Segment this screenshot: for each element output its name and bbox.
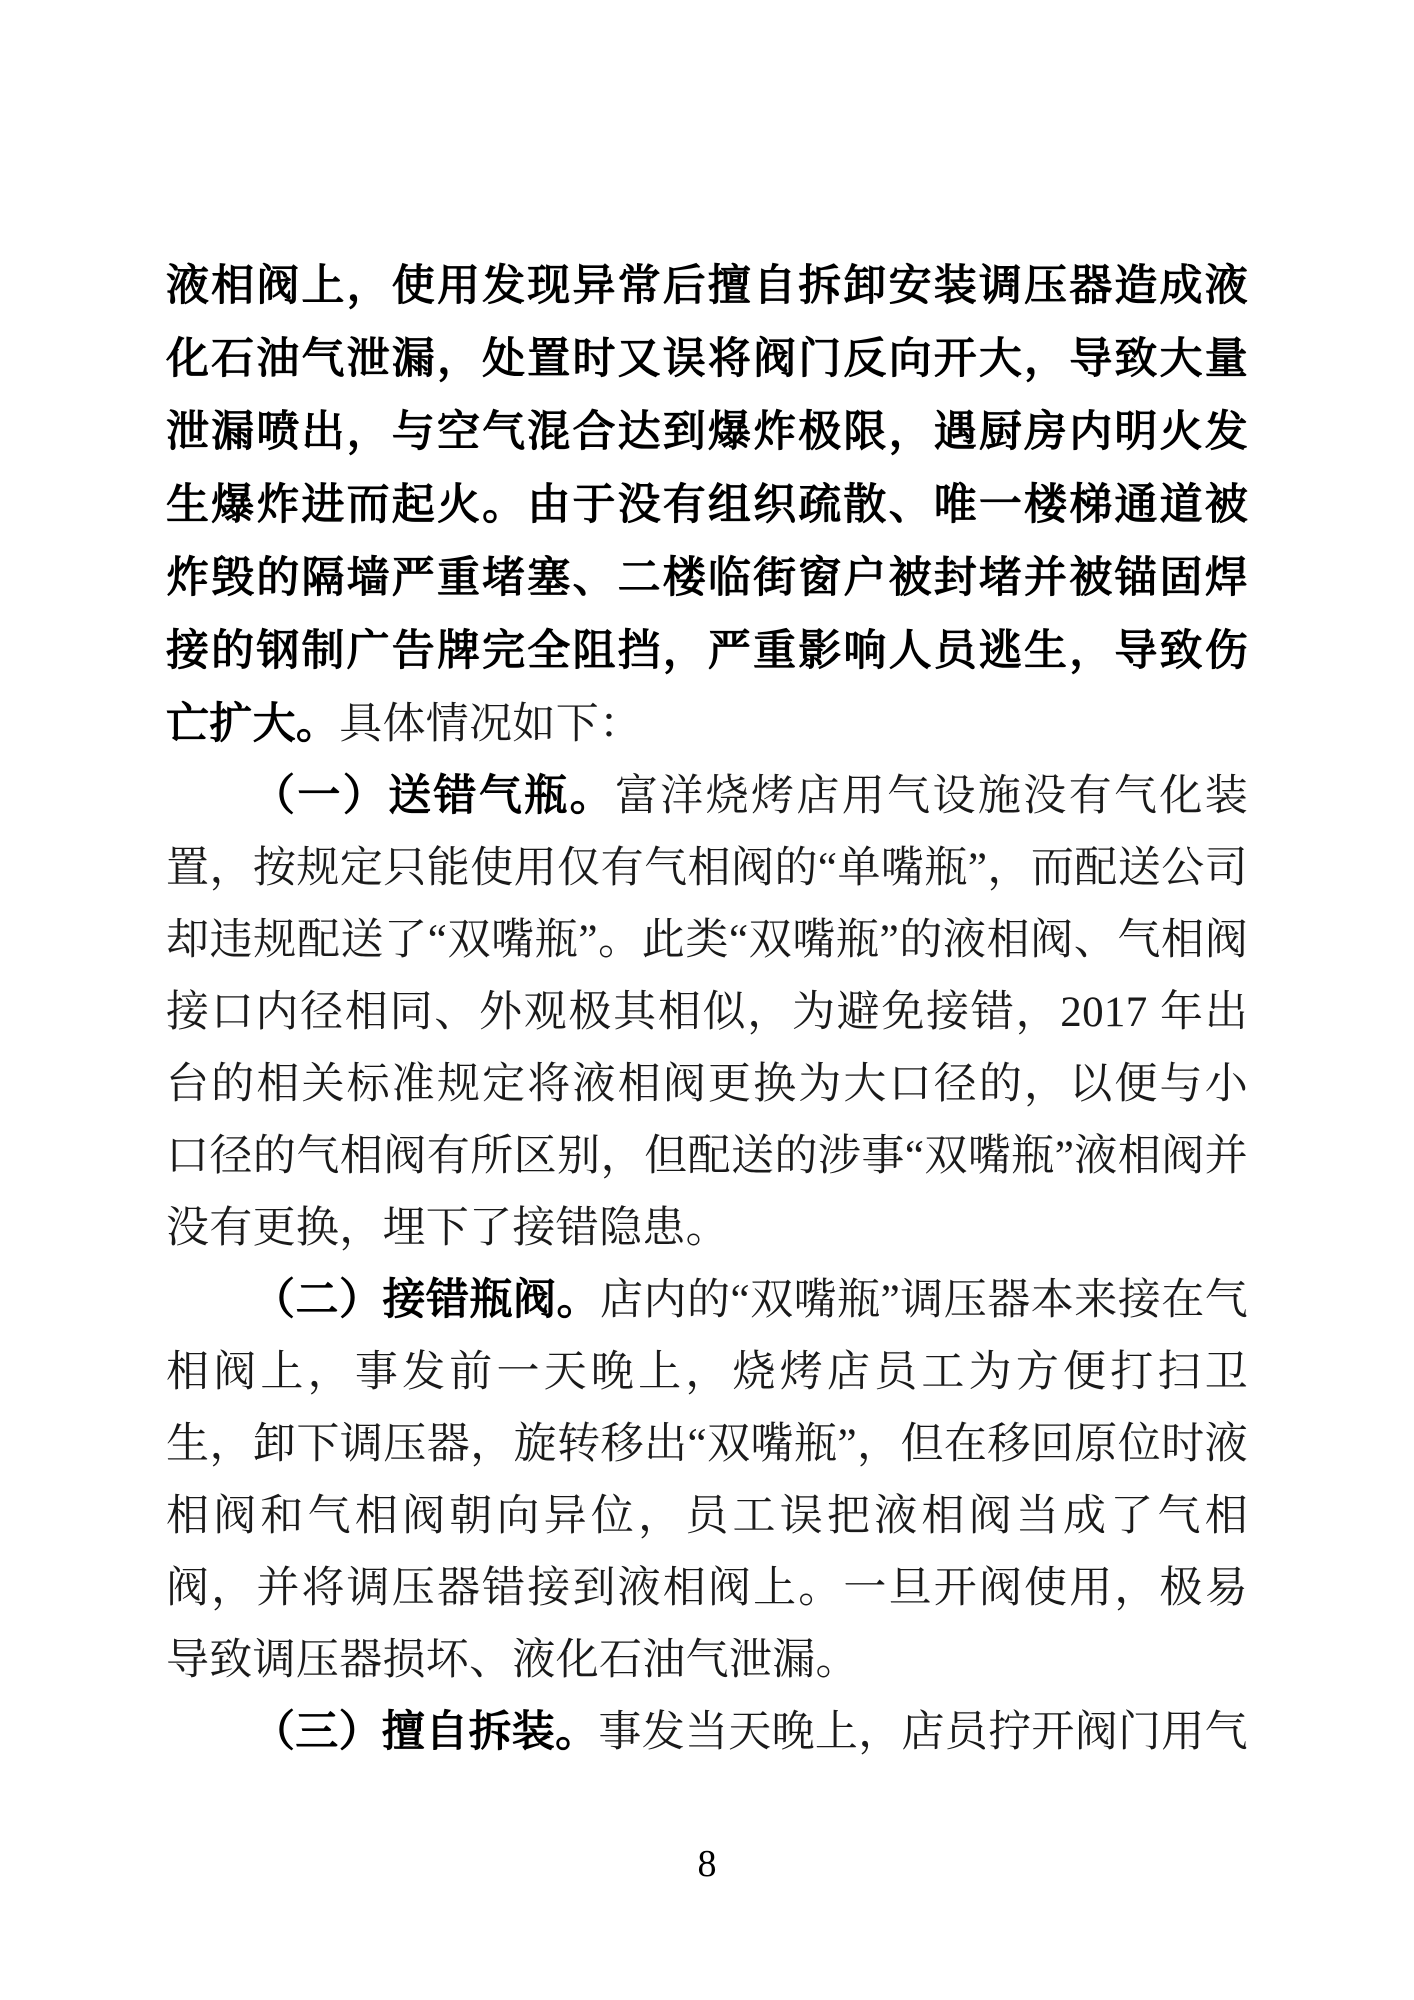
item-3-body: 事发当天晚上，店员拧开阀门用气	[598, 1709, 1248, 1756]
item-2-heading: （二）接错瓶阀。	[252, 1277, 600, 1324]
paragraph-item-1: （一）送错气瓶。富洋烧烤店用气设施没有气化装置，按规定只能使用仅有气相阀的“单嘴…	[166, 761, 1248, 1265]
page-number: 8	[0, 1840, 1414, 1888]
paragraph-intro-continuation: 液相阀上，使用发现异常后擅自拆卸安装调压器造成液化石油气泄漏，处置时又误将阀门反…	[166, 250, 1248, 761]
document-body: 液相阀上，使用发现异常后擅自拆卸安装调压器造成液化石油气泄漏，处置时又误将阀门反…	[166, 250, 1248, 1769]
intro-regular-text: 具体情况如下：	[339, 701, 642, 748]
item-1-heading: （一）送错气瓶。	[252, 773, 615, 820]
item-3-heading: （三）擅自拆装。	[252, 1709, 598, 1756]
paragraph-item-2: （二）接错瓶阀。店内的“双嘴瓶”调压器本来接在气相阀上，事发前一天晚上，烧烤店员…	[166, 1265, 1248, 1697]
paragraph-item-3: （三）擅自拆装。事发当天晚上，店员拧开阀门用气	[166, 1697, 1248, 1769]
document-page: 液相阀上，使用发现异常后擅自拆卸安装调压器造成液化石油气泄漏，处置时又误将阀门反…	[0, 0, 1414, 2000]
intro-bold-text: 液相阀上，使用发现异常后擅自拆卸安装调压器造成液化石油气泄漏，处置时又误将阀门反…	[166, 262, 1248, 748]
item-1-body: 富洋烧烤店用气设施没有气化装置，按规定只能使用仅有气相阀的“单嘴瓶”，而配送公司…	[166, 773, 1248, 1252]
item-2-body: 店内的“双嘴瓶”调压器本来接在气相阀上，事发前一天晚上，烧烤店员工为方便打扫卫生…	[166, 1277, 1248, 1684]
